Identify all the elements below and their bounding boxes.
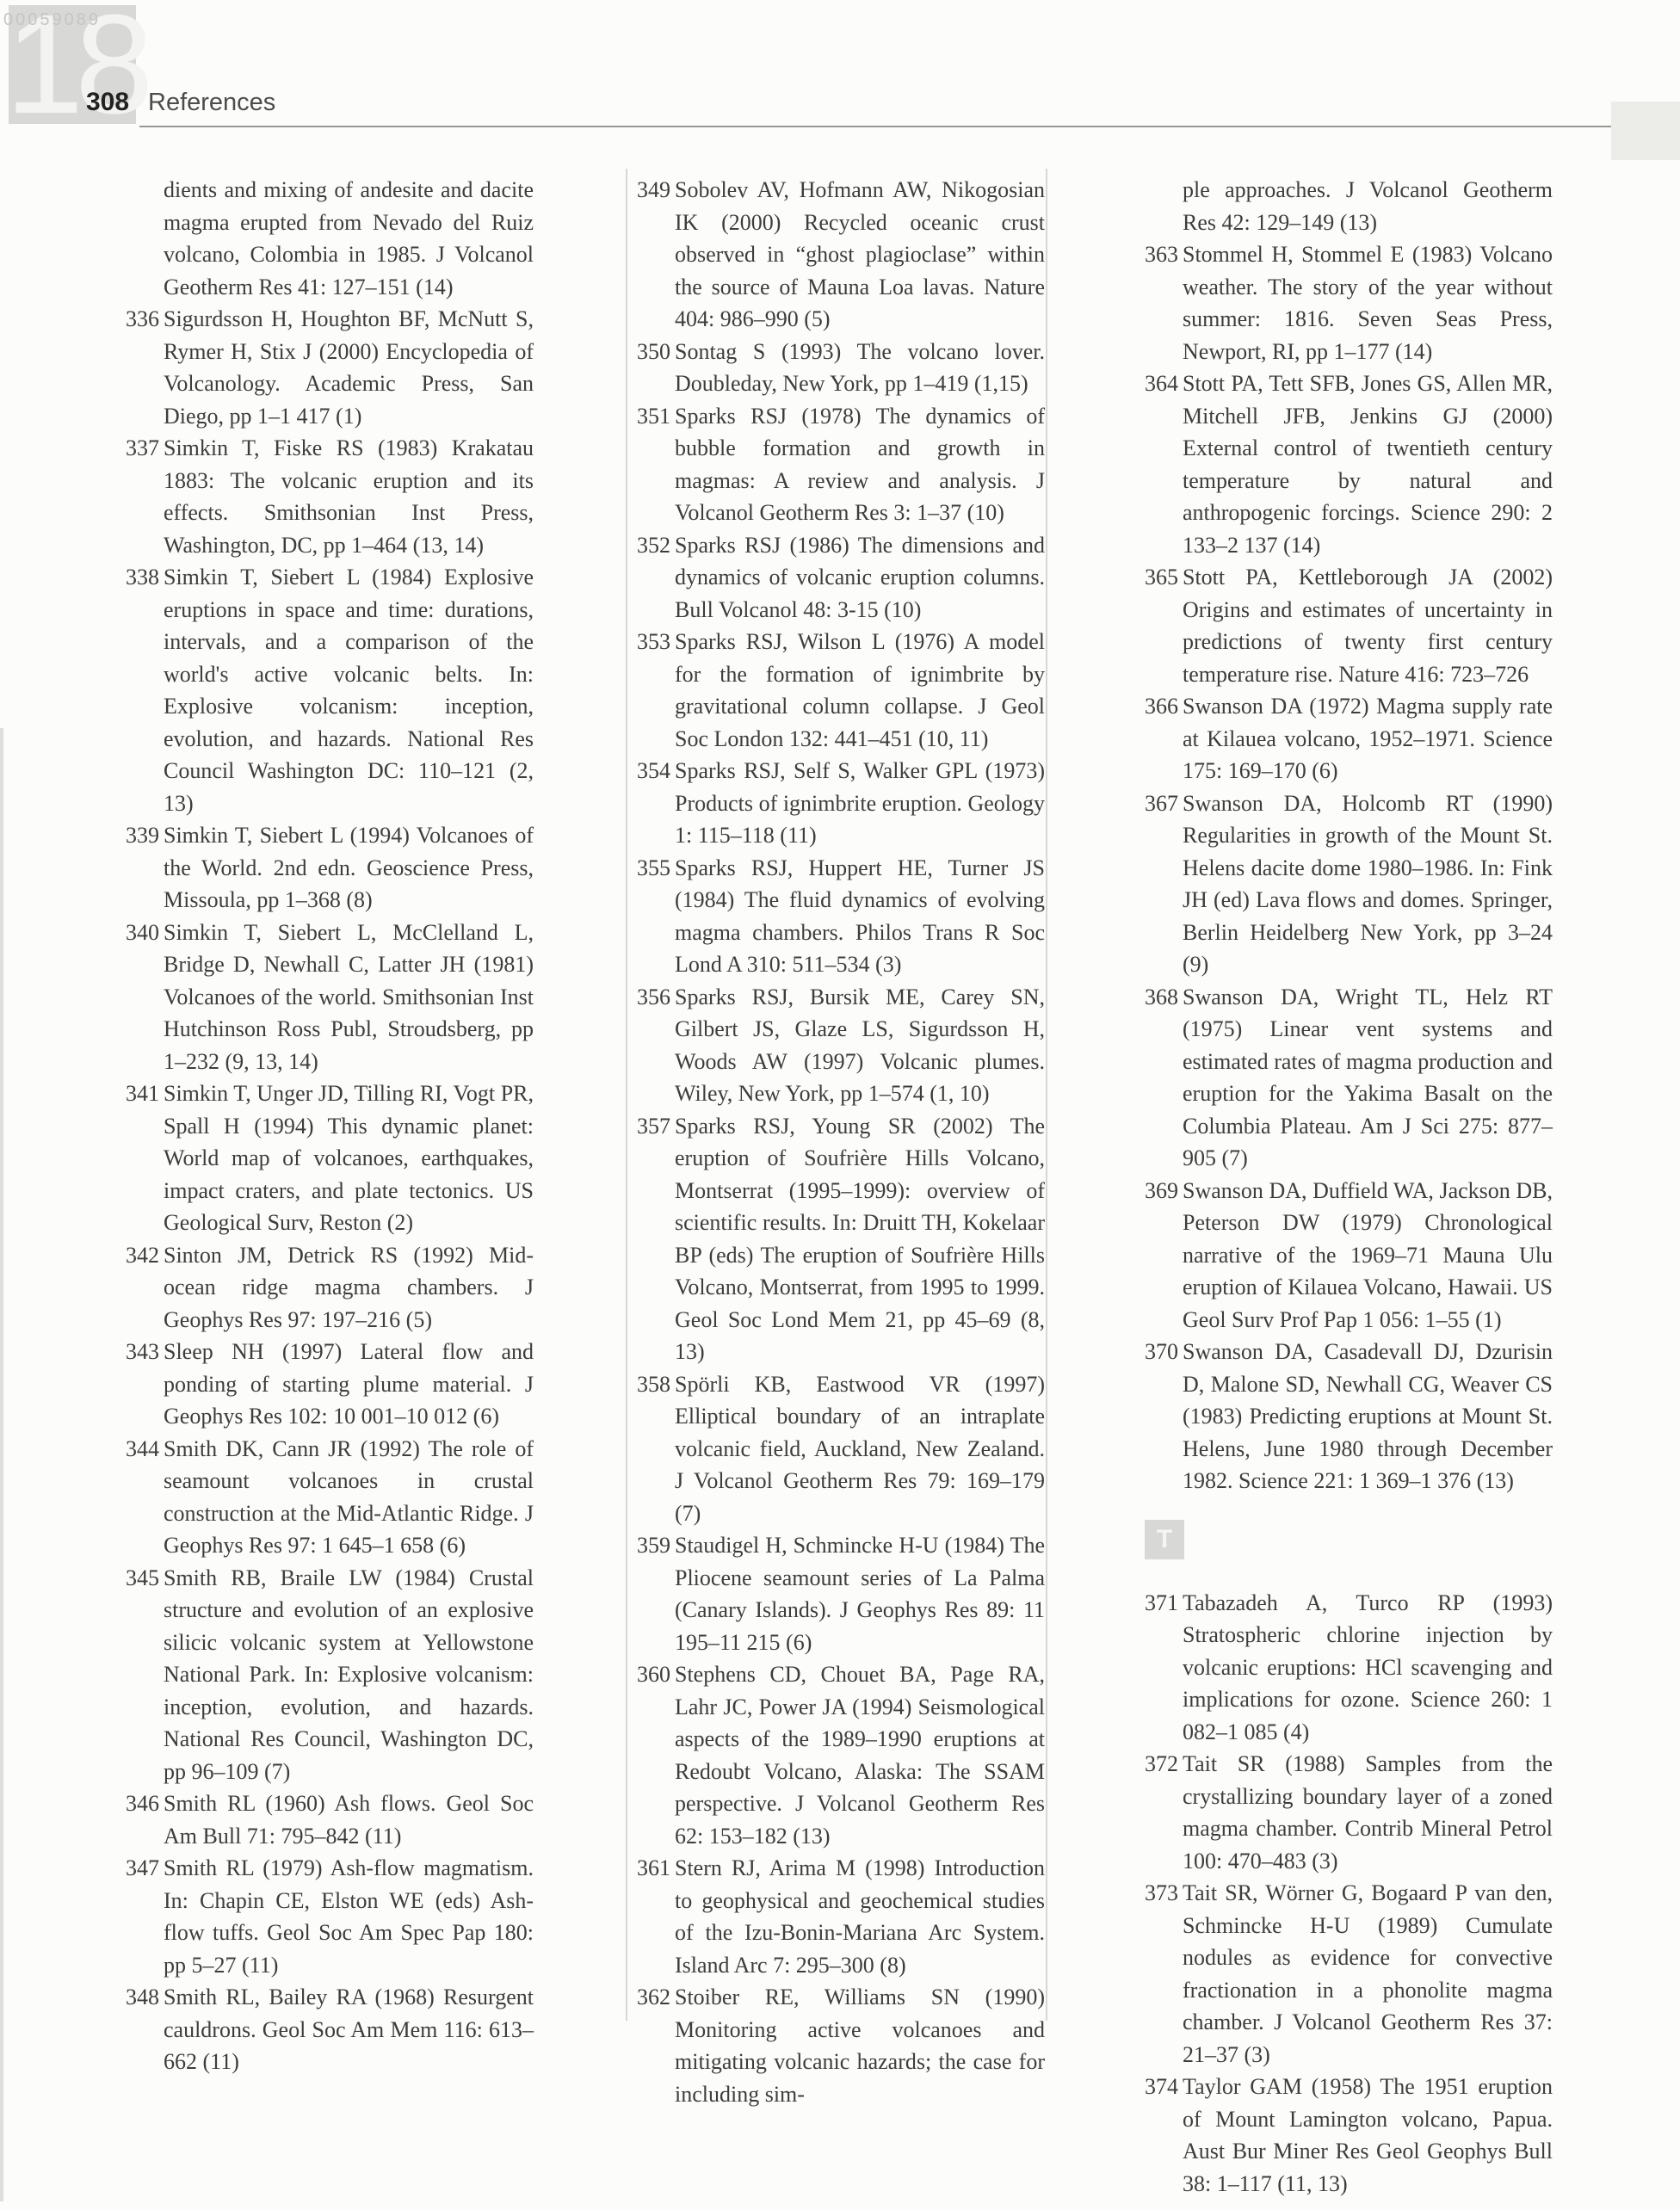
reference-number: 345 <box>126 1562 159 1595</box>
reference-number: 343 <box>126 1336 159 1368</box>
reference-text: Sparks RSJ, Bursik ME, Carey SN, Gilbert… <box>675 985 1045 1107</box>
reference-number: 353 <box>637 626 670 658</box>
reference-number: 337 <box>126 432 159 465</box>
reference-entry: 356Sparks RSJ, Bursik ME, Carey SN, Gilb… <box>637 981 1045 1110</box>
reference-text: Simkin T, Fiske RS (1983) Krakatau 1883:… <box>164 435 534 558</box>
column-divider-line <box>1046 169 1047 2021</box>
references-column-1: dients and mixing of andesite and dacite… <box>126 174 534 2078</box>
reference-number: 357 <box>637 1110 670 1143</box>
header-rule <box>139 126 1628 127</box>
page-number: 308 <box>86 88 129 117</box>
reference-entry: 361Stern RJ, Arima M (1998) Introduction… <box>637 1852 1045 1981</box>
reference-text: Smith DK, Cann JR (1992) The role of sea… <box>164 1436 534 1559</box>
reference-entry: dients and mixing of andesite and dacite… <box>126 174 534 303</box>
reference-text: Sparks RSJ, Young SR (2002) The eruption… <box>675 1114 1045 1365</box>
references-column-2: 349Sobolev AV, Hofmann AW, Nikogosian IK… <box>637 174 1045 2110</box>
reference-number: 340 <box>126 917 159 949</box>
reference-entry: 372Tait SR (1988) Samples from the cryst… <box>1145 1748 1553 1877</box>
reference-number: 338 <box>126 561 159 594</box>
reference-text: Sparks RSJ (1986) The dimensions and dyn… <box>675 533 1045 622</box>
reference-number: 336 <box>126 303 159 336</box>
reference-text: Stoiber RE, Williams SN (1990) Monitorin… <box>675 1985 1045 2107</box>
reference-number: 367 <box>1145 787 1178 820</box>
reference-entry: 350Sontag S (1993) The volcano lover. Do… <box>637 336 1045 400</box>
reference-text: Swanson DA, Holcomb RT (1990) Regulariti… <box>1183 791 1553 978</box>
reference-entry: 357Sparks RSJ, Young SR (2002) The erupt… <box>637 1110 1045 1368</box>
reference-entry: 370Swanson DA, Casadevall DJ, Dzurisin D… <box>1145 1336 1553 1497</box>
reference-entry: 367Swanson DA, Holcomb RT (1990) Regular… <box>1145 787 1553 981</box>
reference-entry: 352Sparks RSJ (1986) The dimensions and … <box>637 529 1045 627</box>
reference-text: Sparks RSJ, Huppert HE, Turner JS (1984)… <box>675 855 1045 978</box>
reference-entry: 349Sobolev AV, Hofmann AW, Nikogosian IK… <box>637 174 1045 336</box>
reference-text: Smith RB, Braile LW (1984) Crustal struc… <box>164 1565 534 1784</box>
reference-text: Spörli KB, Eastwood VR (1997) Elliptical… <box>675 1372 1045 1526</box>
reference-entry: 340Simkin T, Siebert L, McClelland L, Br… <box>126 917 534 1078</box>
reference-text: Sparks RSJ (1978) The dynamics of bubble… <box>675 404 1045 526</box>
reference-text: ple approaches. J Volcanol Geotherm Res … <box>1183 177 1553 235</box>
reference-number: 363 <box>1145 238 1178 271</box>
reference-number: 369 <box>1145 1175 1178 1207</box>
reference-text: Tait SR, Wörner G, Bogaard P van den, Sc… <box>1183 1880 1553 2067</box>
reference-number: 341 <box>126 1077 159 1110</box>
reference-entry: 368Swanson DA, Wright TL, Helz RT (1975)… <box>1145 981 1553 1175</box>
reference-entry: 353Sparks RSJ, Wilson L (1976) A model f… <box>637 626 1045 755</box>
reference-text: Stommel H, Stommel E (1983) Volcano weat… <box>1183 242 1553 364</box>
page-title: References <box>148 89 275 117</box>
reference-number: 352 <box>637 529 670 562</box>
reference-entry: 348Smith RL, Bailey RA (1968) Resurgent … <box>126 1981 534 2078</box>
reference-number: 354 <box>637 755 670 787</box>
reference-entry: 351Sparks RSJ (1978) The dynamics of bub… <box>637 400 1045 529</box>
reference-number: 350 <box>637 336 670 368</box>
reference-text: Sparks RSJ, Wilson L (1976) A model for … <box>675 629 1045 751</box>
reference-text: dients and mixing of andesite and dacite… <box>164 177 534 299</box>
reference-entry: 364Stott PA, Tett SFB, Jones GS, Allen M… <box>1145 367 1553 561</box>
reference-number: 361 <box>637 1852 670 1885</box>
reference-text: Smith RL (1960) Ash flows. Geol Soc Am B… <box>164 1791 534 1849</box>
reference-number: 374 <box>1145 2071 1178 2103</box>
reference-number: 359 <box>637 1529 670 1562</box>
reference-number: 348 <box>126 1981 159 2014</box>
scan-edge-artifact <box>0 728 3 2201</box>
references-column-3: ple approaches. J Volcanol Geotherm Res … <box>1145 174 1553 2200</box>
reference-entry: 373Tait SR, Wörner G, Bogaard P van den,… <box>1145 1877 1553 2071</box>
reference-entry: 339Simkin T, Siebert L (1994) Volcanoes … <box>126 819 534 917</box>
reference-entry: ple approaches. J Volcanol Geotherm Res … <box>1145 174 1553 238</box>
column-divider-line <box>626 169 627 2021</box>
reference-text: Sinton JM, Detrick RS (1992) Mid-ocean r… <box>164 1243 534 1332</box>
reference-number: 372 <box>1145 1748 1178 1781</box>
library-stamp-number: 00059089 <box>3 10 101 30</box>
reference-text: Simkin T, Siebert L, McClelland L, Bridg… <box>164 920 534 1074</box>
reference-number: 355 <box>637 852 670 885</box>
reference-text: Taylor GAM (1958) The 1951 eruption of M… <box>1183 2074 1553 2196</box>
reference-text: Tabazadeh A, Turco RP (1993) Stratospher… <box>1183 1590 1553 1744</box>
reference-text: Swanson DA, Wright TL, Helz RT (1975) Li… <box>1183 985 1553 1171</box>
reference-text: Sontag S (1993) The volcano lover. Doubl… <box>675 339 1045 397</box>
reference-number: 362 <box>637 1981 670 2014</box>
reference-text: Stott PA, Tett SFB, Jones GS, Allen MR, … <box>1183 371 1553 558</box>
reference-number: 360 <box>637 1658 670 1691</box>
reference-text: Stott PA, Kettleborough JA (2002) Origin… <box>1183 565 1553 687</box>
reference-entry: 362Stoiber RE, Williams SN (1990) Monito… <box>637 1981 1045 2110</box>
reference-text: Simkin T, Siebert L (1994) Volcanoes of … <box>164 823 534 912</box>
section-letter-badge: T <box>1145 1520 1184 1559</box>
reference-entry: 344Smith DK, Cann JR (1992) The role of … <box>126 1433 534 1562</box>
reference-entry: 359Staudigel H, Schmincke H-U (1984) The… <box>637 1529 1045 1658</box>
reference-text: Tait SR (1988) Samples from the crystall… <box>1183 1751 1553 1874</box>
reference-entry: 355Sparks RSJ, Huppert HE, Turner JS (19… <box>637 852 1045 981</box>
reference-entry: 366Swanson DA (1972) Magma supply rate a… <box>1145 690 1553 787</box>
reference-entry: 346Smith RL (1960) Ash flows. Geol Soc A… <box>126 1787 534 1852</box>
reference-number: 347 <box>126 1852 159 1885</box>
reference-text: Sobolev AV, Hofmann AW, Nikogosian IK (2… <box>675 177 1045 331</box>
reference-text: Swanson DA, Duffield WA, Jackson DB, Pet… <box>1183 1178 1553 1332</box>
reference-number: 346 <box>126 1787 159 1820</box>
reference-entry: 365Stott PA, Kettleborough JA (2002) Ori… <box>1145 561 1553 690</box>
reference-entry: 360Stephens CD, Chouet BA, Page RA, Lahr… <box>637 1658 1045 1852</box>
reference-number: 366 <box>1145 690 1178 723</box>
reference-entry: 374Taylor GAM (1958) The 1951 eruption o… <box>1145 2071 1553 2200</box>
page-edge-tab <box>1611 102 1680 160</box>
reference-entry: 347Smith RL (1979) Ash-flow magmatism. I… <box>126 1852 534 1981</box>
reference-entry: 363Stommel H, Stommel E (1983) Volcano w… <box>1145 238 1553 367</box>
reference-text: Stephens CD, Chouet BA, Page RA, Lahr JC… <box>675 1662 1045 1849</box>
reference-entry: 342Sinton JM, Detrick RS (1992) Mid-ocea… <box>126 1239 534 1336</box>
reference-number: 349 <box>637 174 670 207</box>
reference-number: 373 <box>1145 1877 1178 1910</box>
reference-text: Simkin T, Unger JD, Tilling RI, Vogt PR,… <box>164 1081 534 1235</box>
reference-entry: 371Tabazadeh A, Turco RP (1993) Stratosp… <box>1145 1587 1553 1749</box>
reference-number: 342 <box>126 1239 159 1272</box>
reference-text: Sparks RSJ, Self S, Walker GPL (1973) Pr… <box>675 758 1045 848</box>
reference-entry: 337Simkin T, Fiske RS (1983) Krakatau 18… <box>126 432 534 561</box>
reference-text: Swanson DA (1972) Magma supply rate at K… <box>1183 694 1553 783</box>
reference-entry: 341Simkin T, Unger JD, Tilling RI, Vogt … <box>126 1077 534 1239</box>
reference-entry: 354Sparks RSJ, Self S, Walker GPL (1973)… <box>637 755 1045 852</box>
reference-text: Swanson DA, Casadevall DJ, Dzurisin D, M… <box>1183 1339 1553 1493</box>
reference-text: Stern RJ, Arima M (1998) Introduction to… <box>675 1855 1045 1978</box>
reference-number: 339 <box>126 819 159 852</box>
reference-entry: 369Swanson DA, Duffield WA, Jackson DB, … <box>1145 1175 1553 1336</box>
reference-number: 356 <box>637 981 670 1014</box>
reference-text: Smith RL (1979) Ash-flow magmatism. In: … <box>164 1855 534 1978</box>
reference-entry: 358Spörli KB, Eastwood VR (1997) Ellipti… <box>637 1368 1045 1530</box>
reference-entry: 338Simkin T, Siebert L (1984) Explosive … <box>126 561 534 819</box>
reference-number: 368 <box>1145 981 1178 1014</box>
reference-text: Smith RL, Bailey RA (1968) Resurgent cau… <box>164 1985 534 2074</box>
reference-number: 371 <box>1145 1587 1178 1620</box>
reference-entry: 345Smith RB, Braile LW (1984) Crustal st… <box>126 1562 534 1788</box>
reference-text: Sleep NH (1997) Lateral flow and ponding… <box>164 1339 534 1429</box>
section-divider: T <box>1145 1520 1553 1570</box>
reference-number: 370 <box>1145 1336 1178 1368</box>
reference-number: 364 <box>1145 367 1178 400</box>
reference-entry: 336Sigurdsson H, Houghton BF, McNutt S, … <box>126 303 534 432</box>
reference-entry: 343Sleep NH (1997) Lateral flow and pond… <box>126 1336 534 1433</box>
reference-text: Sigurdsson H, Houghton BF, McNutt S, Rym… <box>164 306 534 429</box>
reference-number: 358 <box>637 1368 670 1401</box>
reference-number: 351 <box>637 400 670 433</box>
reference-text: Simkin T, Siebert L (1984) Explosive eru… <box>164 565 534 816</box>
reference-text: Staudigel H, Schmincke H-U (1984) The Pl… <box>675 1533 1045 1655</box>
reference-number: 365 <box>1145 561 1178 594</box>
reference-number: 344 <box>126 1433 159 1466</box>
